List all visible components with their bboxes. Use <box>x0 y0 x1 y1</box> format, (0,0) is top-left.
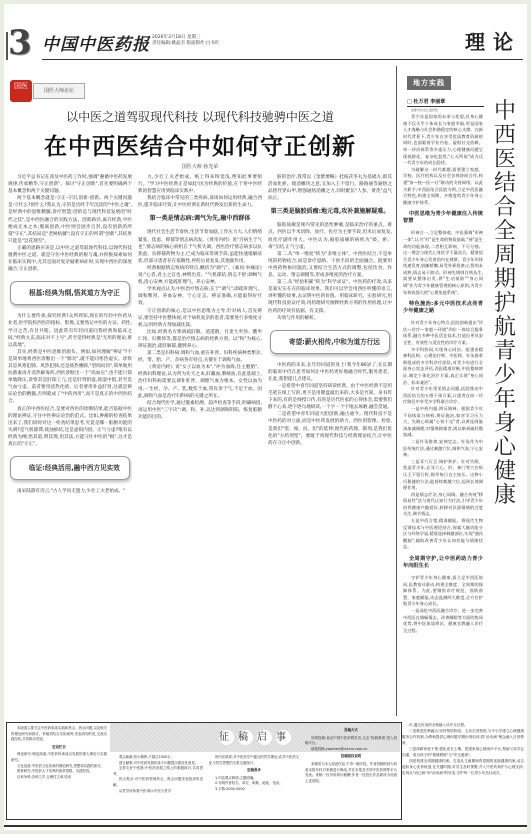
paragraph: 青少年是国家的未来与希望,其身心健康不仅关乎个体成长与家庭幸福,更是国家人才战略… <box>403 114 483 167</box>
paragraph: 四是构建全周期健康档案。打造从儿童期到青春期的连续健康档案,动态追踪身心发育轨迹… <box>402 758 524 776</box>
paragraph: 一是希望中青年同道坚持研读经典。由于中医经典不是用毛笔在纸上写的,更不是用键盘敲… <box>268 383 392 411</box>
section-heading: 中医思维为青少年健康注入传统智慧 <box>403 211 483 225</box>
headline-char: 期 <box>489 268 521 292</box>
article-column-3: 脏的治疗,我常以《金匮要略》桂枝茯苓丸为基础方,即其活血化瘀、缓消癥块之意,又加… <box>268 174 392 714</box>
section-callout: 临证:经典活用,融中西方见实效 <box>10 456 130 480</box>
sidebar-author-names: 杜万君 李丽章 <box>413 99 445 105</box>
page-number: 3 <box>8 26 32 60</box>
paragraph: 脏的治疗,我常以《金匮要略》桂枝茯苓丸为基础方,即其活血化瘀、缓消癥块之意,又加… <box>268 174 392 202</box>
paragraph: 一是深化中西医融合诊疗。进一步完善中西医在调畅情志、改善睡眠等方面的协同优势,将… <box>403 608 483 634</box>
newspaper-page: 3 中国中医药报 2026年3月18日 星期三 责任编辑:姚晶杰 版面制作:白书… <box>4 4 527 830</box>
headline-char: 护 <box>489 292 521 316</box>
paragraph: 守护青少年身心健康,需立足中西医协同,医教家社联动,构建全维度、全周期的保障体系… <box>403 575 483 608</box>
paragraph: 真正的中西医结合,是要对西医的诊断结果,能否依据中医的理论辨证,守住中医辨证论治… <box>8 406 132 449</box>
paragraph: 官网投稿:登录中国中医药网首页,点击"投稿系统"进入投稿平台。 <box>305 736 397 747</box>
article-column-2: 力,少壮工夫老始成。纸上得来终觉浅,绝知此事要躬行。"学习中医经典正是如此!因为… <box>138 174 262 714</box>
section-callout: 根基:经典为纲,悟其道方为守正 <box>10 281 130 305</box>
paragraph: 二是推进医教融合,坚持预防阶段。主动走进校园,与中小学建立心理健康服务合作机制,… <box>402 728 524 746</box>
paragraph: 守正创新的核心,是以中医思维为主导,针对病人,首先辨证,要坚持中医整体观,对于病… <box>138 308 262 329</box>
paragraph: 我结合临床中常见的三类疾病,谈谈如何运用经典,融合西医,提升临床疗效,让中医经典… <box>138 195 262 209</box>
paragraph: 的内在联系,对中医药学中蕴含的哲学理论,或对中医药文化与哲学思想的关系交流探讨。 <box>209 755 299 766</box>
paragraph: 《黄帝内经》说"女子以血为本","冲为血海,任主胞胎"。经典妇科理论,认为肾为先… <box>138 364 262 399</box>
paragraph: 为什么要传承,探究经典?众所周知,现在的年轻中医药从业者,医学院校西医的指标、影… <box>8 313 132 348</box>
call-for-papers-box: 征稿启事 本版面主要关注中医药临床实践和热点、热点问题,以及相关的理论研究和探讨… <box>6 722 402 820</box>
sidebar-body: 青少年是国家的未来与希望,其身心健康不仅关乎个体成长与家庭幸福,更是国家人才战略… <box>403 114 483 714</box>
paragraph: 针对青少年常见情志问题,医院推出中西医结合的五维干预方案,让患者在同一诊疗路径中… <box>403 386 483 406</box>
paragraph: 其实,经典是中医思维的源头。例如,如何理解"辨证"?不是简单地将西医诊断出一个"… <box>8 349 132 406</box>
paragraph: 三是耳穴压豆,调护养护。针对失眠、焦虑青少年,在耳穴心、肝、神门等穴位贴压王不留… <box>403 459 483 492</box>
headline-char: 少 <box>489 364 521 388</box>
issue-editors: 责任编辑:姚晶杰 版面制作:白书红 <box>152 41 219 47</box>
paragraph: 结合现代医学,通过激素检测、超声检查等手段,明确病因,再运用中医"三字诀":调、… <box>138 400 262 421</box>
column-seal-icon: 国医 <box>10 80 32 102</box>
section-heading: 特色施治:多元中医技术点亮青少年健康之路 <box>403 301 483 315</box>
article-column-1: 习近平总书记在谈及中医药工作时,强调"遵循中医药发展规律,传承精华,守正创新"。… <box>8 174 132 714</box>
paragraph: 理论研究:理论探索,中医药传承前沿发展的重大理论与实践研究。 <box>11 752 107 763</box>
paragraph: 经典根据情志致病的特点,概括为"调气"。《素问·举痛论》说:"心者,君主之官也,… <box>138 265 262 286</box>
paragraph: 多学科协同,实现身心同治。组建由精神科医师、心理治疗师、中医师、针灸推拿师组成的… <box>403 347 483 387</box>
notice-column-4: 投稿方式官网投稿:登录中国中医药网首页,点击"投稿系统"进入投稿平台。邮箱投稿:… <box>305 726 397 816</box>
headline-char: 中 <box>489 100 521 124</box>
title-char: 事 <box>276 730 291 745</box>
paragraph: 教育研究:中医药人才培养的改革思路、实践经验。 <box>11 769 107 775</box>
paragraph: 力,少壮工夫老始成。纸上得来终觉浅,绝知此事要躬行。"学习中医经典正是如此!因为… <box>138 174 262 195</box>
headline-char: 年 <box>489 388 521 412</box>
paragraph: 二是希望中青年同道大胆创新,融古通今。现代科技不是中医药的对立面,而是中医药发展… <box>268 411 392 446</box>
sidebar-author-divider <box>407 106 484 107</box>
headline-char: 全 <box>489 220 521 244</box>
page-bottom-divider <box>4 825 527 827</box>
section-heading: 征设栏目 <box>11 745 107 751</box>
paragraph: 一是中药内服,辨证调神。根据青少年不同体质与病机,辨证施治,如对学习压力大、失眠… <box>403 406 483 439</box>
paragraph: 来稿须为本人原创作品,不得一稿多投。作者投稿即视为同意本报有权对来稿进行修改,并… <box>305 762 397 784</box>
notice-column-2: 观点新颖,短小精悍,不超过1000字。建言献策:对中医药发展的某个问题提出建设性… <box>113 755 203 815</box>
paragraph: 第二类是妇科病:调和气血,重在补肾。妇科疾病种类繁杂,经、带、胎、产、杂病各有特… <box>138 350 262 364</box>
headline-char: 合 <box>489 196 521 220</box>
section-heading: 全周期守护,让中医药助力青少年向阳生长 <box>403 556 483 570</box>
headline-char: 周 <box>489 244 521 268</box>
masthead-divider <box>42 59 523 60</box>
headline-char: 康 <box>489 484 521 508</box>
sidebar-authors: □ 杜万君 李丽章 <box>407 98 445 105</box>
paragraph: 热点观点:对中医药领域热点、焦点问题发表独到的见解。 <box>113 777 203 788</box>
sidebar-article: 地方实践 □ 杜万君 李丽章 成都市妇女儿童医院 青少年是国家的未来与希望,其身… <box>396 66 527 716</box>
paragraph: 正确的思路应该是,以中医之道驾驭现代科技,以现代科技驰骋中医之道。就是守住中医经… <box>8 245 132 273</box>
headline-char: 西 <box>489 124 521 148</box>
paragraph: 学术观点认为,中医治疗情志病,在于"调气",即疏肝理气、调和脾胃、养血安神、宁心… <box>138 286 262 307</box>
paragraph: 从哲学视角看中医:揭示中医与哲学 <box>113 789 203 795</box>
headline-char: 青 <box>489 340 521 364</box>
paragraph: 三是深耕家庭干预,强化成长土壤。搭建家庭心理治疗平台,帮助父母学会沟通、成为孩子… <box>402 746 524 758</box>
article-subtitle: 以中医之道驾驭现代科技 以现代科技驰骋中医之道 <box>4 108 396 125</box>
column-name: 国医大师论坛 <box>33 83 85 99</box>
masthead: 3 中国中医药报 2026年3月18日 星期三 责任编辑:姚晶杰 版面制作:白书… <box>4 4 527 64</box>
section-title: 理论 <box>465 26 521 55</box>
paragraph: 第二,从"单一维度"转为"多维立体"。中西医结合,不是单纯的药物结合,而是诊疗思… <box>268 251 392 279</box>
sidebar-vertical-headline: 中西医结合全周期护航青少年身心健康 <box>489 100 521 508</box>
sidebar-affiliation: 成都市妇女儿童医院 <box>411 108 438 112</box>
paragraph: 两个基本概念就是:守正-守旧,创新-创新。两个关键问题是:守什么?创什么?我认为… <box>8 195 132 245</box>
headline-char: 心 <box>489 436 521 460</box>
paragraph: 脑胶质瘤是颅内常见的恶性肿瘤,是临床治疗的重点、难点。西医以手术切除、放疗、化疗… <box>268 222 392 250</box>
paragraph: 百家争鸣:各种之声,合理性文章,原来 <box>11 775 107 781</box>
headline-char: 医 <box>489 148 521 172</box>
paragraph: 二是针灸推拿,安神定志。针灸作为中医传统疗法,通过刺激穴位,调和气血,宁心安神。 <box>403 439 483 459</box>
section-heading: 投稿方式 <box>305 728 397 734</box>
paragraph: 功效与作用的解析。 <box>268 315 392 322</box>
paragraph: 本版面主要关注中医药临床实践和热点、热点问题,以及相关的理论研究和探讨。采稿须结… <box>11 726 107 743</box>
paragraph: 习近平总书记在谈及中医药工作时,强调"遵循中医药发展规律,传承精华,守正创新"。… <box>8 174 132 195</box>
article-byline: 国医大师 孙光荣 <box>4 163 396 170</box>
section-heading: 第一类是情志病:调气为先,融中西群体 <box>138 215 262 223</box>
notice-column-3: 的内在联系,对中医药学中蕴含的哲学理论,或对中医药文化与哲学思想的关系交流探讨。… <box>209 755 299 815</box>
sidebar-article-continued: 识,通过诊治的全程融入诊疗全过程。二是推进医教融合,坚持预防阶段。主动走进校园,… <box>402 722 524 818</box>
paragraph: 为破解这一时代难题,需要建立家庭、学校、医疗机构以及社会各界协同合作,构建"家—… <box>403 167 483 207</box>
headline-char: 航 <box>489 316 521 340</box>
paragraph: 中医药的未来,在年轻同道的身上!我今年86岁了,在长期的临床中仍在思考如何让中医… <box>268 362 392 383</box>
paragraph: 五是中西合璧,精准赋能。将现代生物反馈技术与中医理论结合,探索大脑功能分区与经络… <box>403 518 483 551</box>
headline-char: 健 <box>489 460 521 484</box>
article-headline: 在中西医结合中如何守正创新 <box>4 128 396 161</box>
paragraph: 比如,经典名方柴胡疏肝散、逍遥散、甘麦大枣汤、酸枣仁汤、归脾汤等,都是治疗情志病… <box>138 329 262 350</box>
paragraph: 四是情志疗法,身心同调。融合传统"移情易性"法与现代认知行为疗法,引导青少年培养… <box>403 492 483 518</box>
notice-column-1: 本版面主要关注中医药临床实践和热点、热点问题,以及相关的理论研究和探讨。采稿须结… <box>11 726 107 816</box>
headline-char: 结 <box>489 172 521 196</box>
section-heading: 第三类是脑胶质瘤:地元毒,攻补兼施解疑难。 <box>268 208 392 216</box>
main-article: 国医 国医大师论坛 以中医之道驾驭现代科技 以现代科技驰骋中医之道 在中西医结合… <box>4 66 396 716</box>
paragraph: 3.字数:2000-5000 <box>209 787 299 793</box>
headline-char: 身 <box>489 412 521 436</box>
issue-info: 2026年3月18日 星期三 责任编辑:姚晶杰 版面制作:白书红 <box>152 35 219 47</box>
section-heading: 投稿版权说明 <box>305 754 397 760</box>
paragraph: 邮箱投稿:yaozhen@cntcm.com.cn <box>305 747 397 753</box>
paragraph: 怎样走好中医路:中医药发展之路上的难题探讨,共同思考。 <box>113 766 203 777</box>
sidebar-column-tab: 地方实践 <box>407 76 451 90</box>
paragraph: 形神合一,立足整体观。中医强调"形神一体",认为"形"是生命的物质基础,"神"是… <box>403 230 483 296</box>
paragraph: 针对青少年身心特点,医院创新提出"评估—诊疗—家庭—环境"四位一体综合服务体系,… <box>403 320 483 346</box>
section-callout: 寄望:薪火相传,中和为道方行远 <box>270 330 390 354</box>
section-heading: 征稿要求 <box>209 768 299 774</box>
newspaper-logo: 中国中医药报 <box>42 30 150 55</box>
title-char: 启 <box>257 730 272 745</box>
paragraph: 现代社会生活节奏快,生活节奏加剧,工作压力大,人们情绪紧张、焦虑、抑郁等情志病高… <box>138 229 262 264</box>
title-char: 征 <box>219 730 234 745</box>
paragraph: 南宋陆游有诗云:"古人学问无遗力,少壮工夫老始成。" <box>8 488 132 495</box>
paragraph: 第三,从"经验积累"转为"科学求证"。中医药的疗效,从来是靠实实在在的临床效果。… <box>268 279 392 314</box>
title-char: 稿 <box>238 730 253 745</box>
article-body: 习近平总书记在谈及中医药工作时,强调"遵循中医药发展规律,传承精华,守正创新"。… <box>8 174 394 714</box>
